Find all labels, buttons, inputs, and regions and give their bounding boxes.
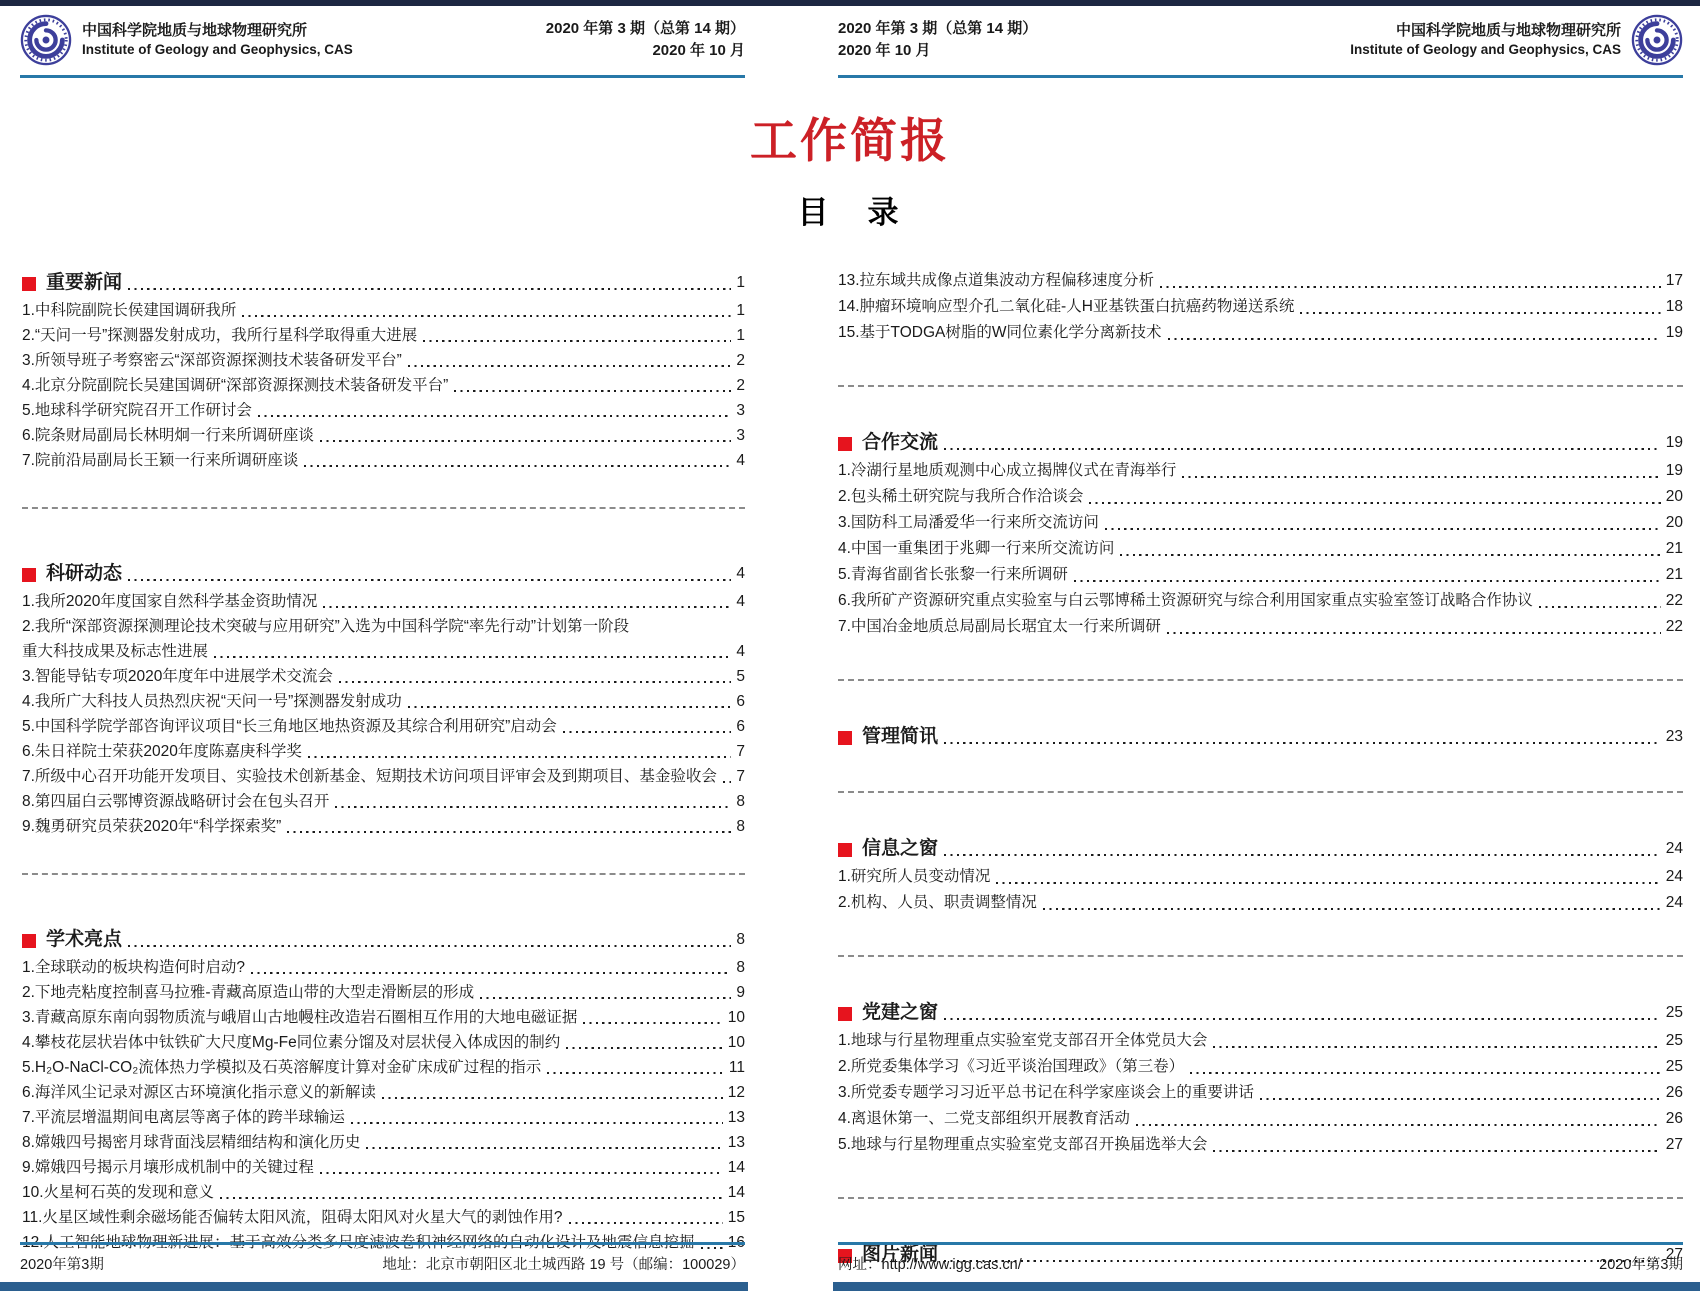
- toc-entry: 1.冷湖行星地质观测中心成立揭牌仪式在青海举行19: [838, 458, 1683, 484]
- toc-entry: 3.所党委专题学习习近平总书记在科学家座谈会上的重要讲话26: [838, 1080, 1683, 1106]
- dot-leader: [480, 997, 731, 999]
- section-title: 管理简讯: [862, 722, 938, 752]
- dashed-separator: [838, 1197, 1683, 1199]
- toc-entry-text: 7.院前沿局副局长王颖一行来所调研座谈: [22, 448, 298, 473]
- toc-entry-text: 11.火星区域性剩余磁场能否偏转太阳风流，阻碍太阳风对火星大气的剥蚀作用?: [22, 1205, 563, 1230]
- toc-entry-text: 1.中科院副院长侯建国调研我所: [22, 298, 236, 323]
- title-block: 工作简报 目 录: [0, 104, 1700, 232]
- dot-leader: [220, 1197, 723, 1199]
- bottom-border-bar-right: [833, 1282, 1700, 1291]
- toc-entry: 5.青海省副省长张黎一行来所调研21: [838, 562, 1683, 588]
- toc-entry-text: 1.我所2020年度国家自然科学基金资助情况: [22, 589, 317, 614]
- toc-entry-text: 2.包头稀土研究院与我所合作洽谈会: [838, 484, 1083, 510]
- dot-leader: [1213, 1150, 1660, 1152]
- toc-entry-text: 4.我所广大科技人员热烈庆祝“天问一号”探测器发射成功: [22, 689, 402, 714]
- toc-entry-text: 4.北京分院副院长吴建国调研“深部资源探测技术装备研发平台”: [22, 373, 448, 398]
- page-number: 15: [728, 1205, 745, 1230]
- dot-leader: [323, 606, 731, 608]
- toc-entry-text: 6.我所矿产资源研究重点实验室与白云鄂博稀土资源研究与综合利用国家重点实验室签订…: [838, 588, 1533, 614]
- dot-leader: [1260, 1098, 1661, 1100]
- toc-entry-text: 3.青藏高原东南向弱物质流与峨眉山古地幔柱改造岩石圈相互作用的大地电磁证据: [22, 1005, 577, 1030]
- toc-entry-text: 7.中国冶金地质总局副局长琚宜太一行来所调研: [838, 614, 1161, 640]
- toc-entry: 3.青藏高原东南向弱物质流与峨眉山古地幔柱改造岩石圈相互作用的大地电磁证据10: [22, 1005, 745, 1030]
- dot-leader: [320, 440, 731, 442]
- toc-entry-text: 5.H₂O-NaCl-CO₂流体热力学模拟及石英溶解度计算对金矿床成矿过程的指示: [22, 1055, 541, 1080]
- page-number: 2: [736, 373, 745, 398]
- toc-entry: 11.火星区域性剩余磁场能否偏转太阳风流，阻碍太阳风对火星大气的剥蚀作用?15: [22, 1205, 745, 1230]
- dot-leader: [287, 831, 731, 833]
- toc-entry: 6.海洋风尘记录对源区古环境演化指示意义的新解读12: [22, 1080, 745, 1105]
- toc-entry: 7.中国冶金地质总局副局长琚宜太一行来所调研22: [838, 614, 1683, 640]
- dot-leader: [1182, 476, 1660, 478]
- toc-section-row: 合作交流19: [838, 428, 1683, 458]
- dot-leader: [304, 465, 731, 467]
- toc-entry: 3.所领导班子考察密云“深部资源探测技术装备研发平台”2: [22, 348, 745, 373]
- toc-entry-text: 1.冷湖行星地质观测中心成立揭牌仪式在青海举行: [838, 458, 1176, 484]
- page-number: 24: [1666, 890, 1683, 916]
- toc-entry-text: 3.所领导班子考察密云“深部资源探测技术装备研发平台”: [22, 348, 402, 373]
- toc-entry-text: 1.研究所人员变动情况: [838, 864, 990, 890]
- toc-entry: 5.地球科学研究院召开工作研讨会3: [22, 398, 745, 423]
- toc-entry: 8.嫦娥四号揭密月球背面浅层精细结构和演化历史13: [22, 1130, 745, 1155]
- dot-leader: [944, 854, 1661, 856]
- toc-section-row: 重要新闻1: [22, 268, 745, 298]
- toc-entry: 4.攀枝花层状岩体中钛铁矿大尺度Mg-Fe同位素分馏及对层状侵入体成因的制约10: [22, 1030, 745, 1055]
- page-number: 8: [736, 789, 745, 814]
- toc-entry-text: 8.第四届白云鄂博资源战略研讨会在包头召开: [22, 789, 329, 814]
- toc-entry: 1.地球与行星物理重点实验室党支部召开全体党员大会25: [838, 1028, 1683, 1054]
- page-number: 11: [729, 1055, 745, 1080]
- page-number: 23: [1666, 722, 1683, 752]
- issue-number: 2020 年第 3 期（总第 14 期）: [838, 18, 1037, 41]
- toc-entry: 14.肿瘤环境响应型介孔二氧化硅-人H亚基铁蛋白抗癌药物递送系统18: [838, 294, 1683, 320]
- toc-entry: 1.研究所人员变动情况24: [838, 864, 1683, 890]
- toc-section-row: 学术亮点8: [22, 925, 745, 955]
- toc-entry: 9.魏勇研究员荣获2020年“科学探索奖”8: [22, 814, 745, 839]
- institute-identity: 中国科学院地质与地球物理研究所 Institute of Geology and…: [20, 14, 353, 66]
- page-number: 24: [1666, 834, 1683, 864]
- page-number: 12: [728, 1080, 745, 1105]
- institute-logo-icon: [20, 14, 72, 66]
- section-title: 科研动态: [46, 559, 122, 589]
- section-bullet-icon: [22, 568, 36, 582]
- dot-leader: [944, 448, 1661, 450]
- page-number: 24: [1666, 864, 1683, 890]
- toc-entry: 2.我所“深部资源探测理论技术突破与应用研究”入选为中国科学院“率先行动”计划第…: [22, 614, 745, 639]
- dot-leader: [454, 390, 731, 392]
- toc-entry: 5.中国科学院学部咨询评议项目“长三角地区地热资源及其综合利用研究”启动会6: [22, 714, 745, 739]
- toc-heading: 目 录: [0, 187, 1700, 232]
- toc-entry-text: 7.平流层增温期间电离层等离子体的跨半球输运: [22, 1105, 345, 1130]
- top-border-bar: [0, 0, 1700, 6]
- toc-entry-text: 13.拉东域共成像点道集波动方程偏移速度分析: [838, 268, 1154, 294]
- dot-leader: [569, 1222, 723, 1224]
- dashed-separator: [838, 679, 1683, 681]
- toc-entry: 2.下地壳粘度控制喜马拉雅-青藏高原造山带的大型走滑断层的形成9: [22, 980, 745, 1005]
- dot-leader: [566, 1047, 723, 1049]
- dot-leader: [1168, 338, 1661, 340]
- toc-entry: 2.机构、人员、职责调整情况24: [838, 890, 1683, 916]
- bulletin-title: 工作简报: [0, 104, 1700, 171]
- page-number: 20: [1666, 510, 1683, 536]
- toc-entry: 8.第四届白云鄂博资源战略研讨会在包头召开8: [22, 789, 745, 814]
- page-number: 4: [736, 639, 745, 664]
- dot-leader: [1300, 312, 1660, 314]
- left-page-footer: 2020年第3期 地址：北京市朝阳区北土城西路 19 号（邮编：100029）: [0, 1242, 790, 1274]
- page-number: 4: [736, 589, 745, 614]
- toc-left-column: 重要新闻11.中科院副院长侯建国调研我所12.“天问一号”探测器发射成功，我所行…: [0, 268, 790, 1255]
- page-headers: 中国科学院地质与地球物理研究所 Institute of Geology and…: [0, 0, 1700, 78]
- page-number: 8: [736, 925, 745, 955]
- org-name-en: Institute of Geology and Geophysics, CAS: [1350, 41, 1621, 59]
- toc-entry: 2.包头稀土研究院与我所合作洽谈会20: [838, 484, 1683, 510]
- table-of-contents: 重要新闻11.中科院副院长侯建国调研我所12.“天问一号”探测器发射成功，我所行…: [0, 268, 1700, 1270]
- dot-leader: [351, 1122, 723, 1124]
- toc-entry-text: 9.魏勇研究员荣获2020年“科学探索奖”: [22, 814, 281, 839]
- toc-entry: 13.拉东域共成像点道集波动方程偏移速度分析17: [838, 268, 1683, 294]
- institute-identity: 中国科学院地质与地球物理研究所 Institute of Geology and…: [1350, 14, 1683, 66]
- toc-entry: 5.地球与行星物理重点实验室党支部召开换届选举大会27: [838, 1132, 1683, 1158]
- bottom-border-bar-left: [0, 1282, 748, 1291]
- bulletin-cover-sheet: 中国科学院地质与地球物理研究所 Institute of Geology and…: [0, 0, 1700, 1291]
- page-number: 13: [728, 1105, 745, 1130]
- page-number: 19: [1666, 458, 1683, 484]
- dot-leader: [423, 340, 731, 342]
- toc-section-row: 党建之窗25: [838, 998, 1683, 1028]
- toc-entry: 10.火星柯石英的发现和意义14: [22, 1180, 745, 1205]
- toc-entry: 7.院前沿局副局长王颖一行来所调研座谈4: [22, 448, 745, 473]
- org-name-cn: 中国科学院地质与地球物理研究所: [1350, 21, 1621, 41]
- toc-entry-text: 3.国防科工局潘爱华一行来所交流访问: [838, 510, 1099, 536]
- dot-leader: [214, 656, 731, 658]
- right-page-header: 2020 年第 3 期（总第 14 期） 2020 年 10 月 中国科学院地质…: [790, 14, 1700, 78]
- toc-entry-text: 4.攀枝花层状岩体中钛铁矿大尺度Mg-Fe同位素分馏及对层状侵入体成因的制约: [22, 1030, 560, 1055]
- dot-leader: [308, 756, 731, 758]
- toc-entry-text: 9.嫦娥四号揭示月壤形成机制中的关键过程: [22, 1155, 314, 1180]
- toc-entry-text: 7.所级中心召开功能开发项目、实验技术创新基金、短期技术访问项目评审会及到期项目…: [22, 764, 717, 789]
- toc-entry-text: 2.下地壳粘度控制喜马拉雅-青藏高原造山带的大型走滑断层的形成: [22, 980, 474, 1005]
- toc-entry-text: 2.“天问一号”探测器发射成功，我所行星科学取得重大进展: [22, 323, 417, 348]
- dot-leader: [1136, 1124, 1661, 1126]
- toc-section-row: 信息之窗24: [838, 834, 1683, 864]
- dot-leader: [320, 1172, 723, 1174]
- section-title: 合作交流: [862, 428, 938, 458]
- page-number: 2: [736, 348, 745, 373]
- institute-logo-icon: [1631, 14, 1683, 66]
- page-number: 5: [736, 664, 745, 689]
- dashed-separator: [22, 873, 745, 875]
- toc-entry-text: 重大科技成果及标志性进展: [22, 639, 208, 664]
- page-number: 10: [728, 1030, 745, 1055]
- dot-leader: [1190, 1072, 1661, 1074]
- toc-entry-text: 14.肿瘤环境响应型介孔二氧化硅-人H亚基铁蛋白抗癌药物递送系统: [838, 294, 1294, 320]
- toc-entry: 1.我所2020年度国家自然科学基金资助情况4: [22, 589, 745, 614]
- toc-entry: 2.所党委集体学习《习近平谈治国理政》（第三卷）25: [838, 1054, 1683, 1080]
- issue-number: 2020 年第 3 期（总第 14 期）: [546, 18, 745, 41]
- toc-section-row: 科研动态4: [22, 559, 745, 589]
- page-number: 10: [728, 1005, 745, 1030]
- page-number: 19: [1666, 428, 1683, 458]
- org-name-cn: 中国科学院地质与地球物理研究所: [82, 21, 353, 41]
- page-number: 6: [736, 689, 745, 714]
- issue-info: 2020 年第 3 期（总第 14 期） 2020 年 10 月: [838, 18, 1037, 63]
- page-number: 3: [736, 398, 745, 423]
- dot-leader: [242, 315, 731, 317]
- toc-entry-text: 5.中国科学院学部咨询评议项目“长三角地区地热资源及其综合利用研究”启动会: [22, 714, 557, 739]
- toc-entry-text: 6.院条财局副局长林明炯一行来所调研座谈: [22, 423, 314, 448]
- dot-leader: [1213, 1046, 1660, 1048]
- toc-entry-text: 15.基于TODGA树脂的W同位素化学分离新技术: [838, 320, 1162, 346]
- page-number: 7: [736, 739, 745, 764]
- page-number: 21: [1666, 536, 1683, 562]
- dot-leader: [944, 1018, 1661, 1020]
- page-number: 18: [1666, 294, 1683, 320]
- dot-leader: [583, 1022, 722, 1024]
- page-number: 26: [1666, 1106, 1683, 1132]
- page-number: 1: [736, 268, 745, 298]
- page-number: 6: [736, 714, 745, 739]
- page-number: 9: [736, 980, 745, 1005]
- dashed-separator: [838, 955, 1683, 957]
- page-number: 25: [1666, 1028, 1683, 1054]
- toc-entry-text: 1.地球与行星物理重点实验室党支部召开全体党员大会: [838, 1028, 1207, 1054]
- page-footers: 2020年第3期 地址：北京市朝阳区北土城西路 19 号（邮编：100029） …: [0, 1242, 1700, 1274]
- dot-leader: [128, 579, 731, 581]
- page-number: 22: [1666, 614, 1683, 640]
- toc-entry: 5.H₂O-NaCl-CO₂流体热力学模拟及石英溶解度计算对金矿床成矿过程的指示…: [22, 1055, 745, 1080]
- toc-entry-text: 3.所党委专题学习习近平总书记在科学家座谈会上的重要讲话: [838, 1080, 1254, 1106]
- toc-entry: 1.中科院副院长侯建国调研我所1: [22, 298, 745, 323]
- dot-leader: [1120, 554, 1660, 556]
- dot-leader: [1539, 606, 1661, 608]
- dot-leader: [1074, 580, 1661, 582]
- section-bullet-icon: [838, 843, 852, 857]
- dot-leader: [547, 1072, 724, 1074]
- org-name-en: Institute of Geology and Geophysics, CAS: [82, 41, 353, 59]
- toc-entry-text: 2.所党委集体学习《习近平谈治国理政》（第三卷）: [838, 1054, 1184, 1080]
- dot-leader: [382, 1097, 723, 1099]
- dot-leader: [1089, 502, 1660, 504]
- toc-entry: 3.国防科工局潘爱华一行来所交流访问20: [838, 510, 1683, 536]
- page-number: 25: [1666, 998, 1683, 1028]
- toc-entry-text: 3.智能导钻专项2020年度年中进展学术交流会: [22, 664, 333, 689]
- toc-entry: 6.我所矿产资源研究重点实验室与白云鄂博稀土资源研究与综合利用国家重点实验室签订…: [838, 588, 1683, 614]
- section-bullet-icon: [838, 731, 852, 745]
- toc-entry-text: 5.青海省副省长张黎一行来所调研: [838, 562, 1068, 588]
- dot-leader: [408, 365, 732, 367]
- section-title: 信息之窗: [862, 834, 938, 864]
- page-number: 1: [736, 298, 745, 323]
- page-number: 25: [1666, 1054, 1683, 1080]
- section-bullet-icon: [838, 1007, 852, 1021]
- dot-leader: [996, 882, 1660, 884]
- dashed-separator: [838, 385, 1683, 387]
- toc-entry: 9.嫦娥四号揭示月壤形成机制中的关键过程14: [22, 1155, 745, 1180]
- page-number: 1: [736, 323, 745, 348]
- toc-entry-text: 8.嫦娥四号揭密月球背面浅层精细结构和演化历史: [22, 1130, 360, 1155]
- page-number: 3: [736, 423, 745, 448]
- toc-entry-text: 4.中国一重集团于兆卿一行来所交流访问: [838, 536, 1114, 562]
- page-number: 20: [1666, 484, 1683, 510]
- dot-leader: [128, 945, 731, 947]
- footer-issue: 2020年第3期: [20, 1253, 104, 1274]
- page-number: 4: [736, 448, 745, 473]
- toc-entry-text: 4.离退休第一、二党支部组织开展教育活动: [838, 1106, 1130, 1132]
- dot-leader: [366, 1147, 722, 1149]
- page-number: 8: [736, 955, 745, 980]
- issue-date: 2020 年 10 月: [838, 40, 1037, 63]
- toc-entry: 6.朱日祥院士荣获2020年度陈嘉庚科学奖7: [22, 739, 745, 764]
- toc-entry: 6.院条财局副局长林明炯一行来所调研座谈3: [22, 423, 745, 448]
- page-number: 13: [728, 1130, 745, 1155]
- page-number: 26: [1666, 1080, 1683, 1106]
- dot-leader: [335, 806, 731, 808]
- footer-website: 网址：http://www.igg.cas.cn/: [838, 1253, 1022, 1274]
- toc-entry: 4.中国一重集团于兆卿一行来所交流访问21: [838, 536, 1683, 562]
- dashed-separator: [22, 507, 745, 509]
- toc-right-column: 13.拉东域共成像点道集波动方程偏移速度分析1714.肿瘤环境响应型介孔二氧化硅…: [790, 268, 1700, 1270]
- dot-leader: [258, 415, 731, 417]
- toc-entry: 3.智能导钻专项2020年度年中进展学术交流会5: [22, 664, 745, 689]
- dot-leader: [408, 706, 732, 708]
- toc-entry: 重大科技成果及标志性进展4: [22, 639, 745, 664]
- section-title: 重要新闻: [46, 268, 122, 298]
- left-page-header: 中国科学院地质与地球物理研究所 Institute of Geology and…: [0, 14, 790, 78]
- toc-entry-text: 10.火星柯石英的发现和意义: [22, 1180, 214, 1205]
- dashed-separator: [838, 791, 1683, 793]
- section-title: 学术亮点: [46, 925, 122, 955]
- section-bullet-icon: [22, 277, 36, 291]
- toc-entry-text: 2.我所“深部资源探测理论技术突破与应用研究”入选为中国科学院“率先行动”计划第…: [22, 614, 629, 639]
- issue-info: 2020 年第 3 期（总第 14 期） 2020 年 10 月: [546, 18, 745, 63]
- page-number: 7: [736, 764, 745, 789]
- page-number: 19: [1666, 320, 1683, 346]
- dot-leader: [1043, 908, 1661, 910]
- toc-entry: 2.“天问一号”探测器发射成功，我所行星科学取得重大进展1: [22, 323, 745, 348]
- page-number: 22: [1666, 588, 1683, 614]
- toc-entry: 4.我所广大科技人员热烈庆祝“天问一号”探测器发射成功6: [22, 689, 745, 714]
- dot-leader: [1167, 632, 1661, 634]
- toc-entry: 7.所级中心召开功能开发项目、实验技术创新基金、短期技术访问项目评审会及到期项目…: [22, 764, 745, 789]
- footer-address: 地址：北京市朝阳区北土城西路 19 号（邮编：100029）: [382, 1253, 745, 1274]
- page-number: 27: [1666, 1132, 1683, 1158]
- toc-entry: 7.平流层增温期间电离层等离子体的跨半球输运13: [22, 1105, 745, 1130]
- page-number: 14: [728, 1180, 745, 1205]
- dot-leader: [339, 681, 731, 683]
- dot-leader: [251, 972, 731, 974]
- page-number: 4: [736, 559, 745, 589]
- toc-entry: 1.全球联动的板块构造何时启动?8: [22, 955, 745, 980]
- toc-section-row: 管理简讯23: [838, 722, 1683, 752]
- toc-entry-text: 5.地球科学研究院召开工作研讨会: [22, 398, 252, 423]
- toc-entry-text: 6.海洋风尘记录对源区古环境演化指示意义的新解读: [22, 1080, 376, 1105]
- toc-entry: 4.离退休第一、二党支部组织开展教育活动26: [838, 1106, 1683, 1132]
- dot-leader: [1160, 286, 1661, 288]
- dot-leader: [723, 781, 731, 783]
- page-number: 8: [736, 814, 745, 839]
- toc-entry: 15.基于TODGA树脂的W同位素化学分离新技术19: [838, 320, 1683, 346]
- page-number: 14: [728, 1155, 745, 1180]
- dot-leader: [1105, 528, 1661, 530]
- section-title: 党建之窗: [862, 998, 938, 1028]
- toc-entry: 4.北京分院副院长吴建国调研“深部资源探测技术装备研发平台”2: [22, 373, 745, 398]
- toc-entry-text: 6.朱日祥院士荣获2020年度陈嘉庚科学奖: [22, 739, 302, 764]
- toc-entry-text: 1.全球联动的板块构造何时启动?: [22, 955, 245, 980]
- section-bullet-icon: [22, 934, 36, 948]
- dot-leader: [128, 288, 731, 290]
- toc-entry-text: 5.地球与行星物理重点实验室党支部召开换届选举大会: [838, 1132, 1207, 1158]
- section-bullet-icon: [838, 437, 852, 451]
- right-page-footer: 网址：http://www.igg.cas.cn/ 2020年第3期: [790, 1242, 1700, 1274]
- dot-leader: [563, 731, 732, 733]
- page-number: 17: [1666, 268, 1683, 294]
- page-number: 21: [1666, 562, 1683, 588]
- issue-date: 2020 年 10 月: [546, 40, 745, 63]
- footer-issue: 2020年第3期: [1599, 1253, 1683, 1274]
- dot-leader: [944, 742, 1661, 744]
- toc-entry-text: 2.机构、人员、职责调整情况: [838, 890, 1037, 916]
